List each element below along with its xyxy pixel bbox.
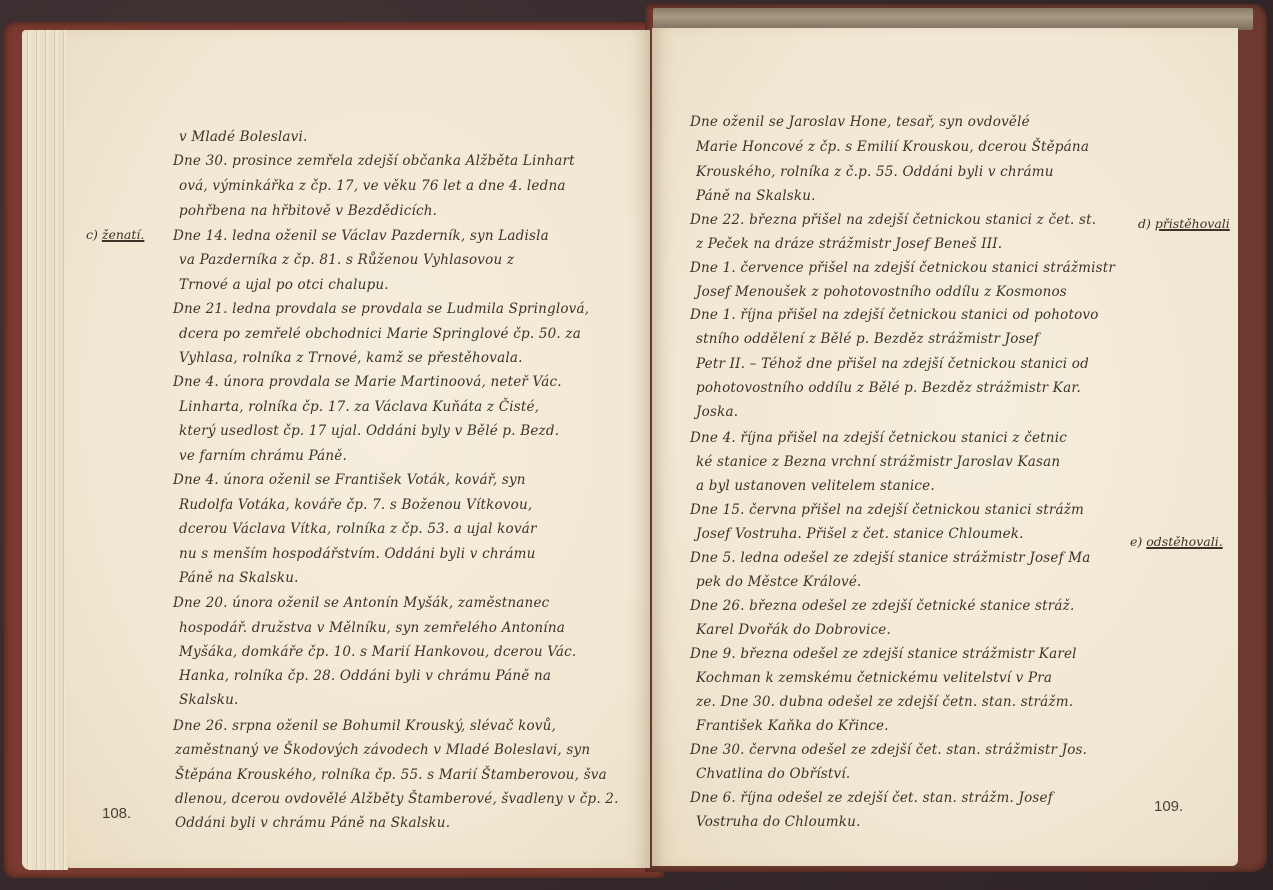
- text-line: Dne 21. ledna provdala se provdala se Lu…: [173, 301, 589, 317]
- text-line: stního oddělení z Bělé p. Bezděz strážmi…: [696, 331, 1039, 347]
- text-line: Dne 6. října odešel ze zdejší čet. stan.…: [690, 790, 1053, 806]
- text-line: ké stanice z Bezna vrchní strážmistr Jar…: [696, 454, 1060, 470]
- text-line: Krouského, rolníka z č.p. 55. Oddáni byl…: [696, 164, 1054, 180]
- text-line: Dne 4. října přišel na zdejší četnickou …: [690, 430, 1067, 446]
- text-line: dlenou, dcerou ovdovělé Alžběty Štambero…: [175, 791, 619, 807]
- text-line: Dne 14. ledna oženil se Václav Pazderník…: [173, 228, 549, 244]
- text-line: nu s menším hospodářstvím. Oddáni byli v…: [179, 546, 536, 562]
- text-line: Dne 4. února provdala se Marie Martinoov…: [173, 374, 562, 390]
- page-number: 109.: [1154, 798, 1183, 815]
- margin-note-label: přistěhovali: [1155, 216, 1230, 231]
- text-line: Dne 5. ledna odešel ze zdejší stanice st…: [690, 550, 1091, 566]
- text-line: Linharta, rolníka čp. 17. za Václava Kuň…: [179, 399, 539, 415]
- text-line: Dne 26. srpna oženil se Bohumil Krouský,…: [173, 718, 556, 734]
- text-line: a byl ustanoven velitelem stanice.: [696, 478, 935, 494]
- margin-note-married: c) ženatí.: [86, 227, 144, 242]
- page-number: 108.: [102, 805, 131, 822]
- margin-note-moved-out: e) odstěhovali.: [1130, 534, 1223, 549]
- margin-note-label: odstěhovali.: [1146, 534, 1222, 549]
- left-page: c) ženatí. v Mladé Boleslavi. Dne 30. pr…: [66, 30, 650, 868]
- text-line: František Kaňka do Křince.: [696, 718, 889, 734]
- text-line: Dne 4. února oženil se František Voták, …: [173, 472, 526, 488]
- text-line: Štěpána Krouského, rolníka čp. 55. s Mar…: [175, 767, 607, 783]
- margin-note-moved-in: d) přistěhovali: [1138, 216, 1230, 231]
- text-line: Dne 9. března odešel ze zdejší stanice s…: [690, 646, 1077, 662]
- text-line: Páně na Skalsku.: [696, 188, 816, 204]
- right-page: d) přistěhovali e) odstěhovali. Dne ožen…: [652, 28, 1238, 866]
- text-line: Josef Menoušek z pohotovostního oddílu z…: [696, 284, 1067, 300]
- text-line: hospodář. družstva v Mělníku, syn zemřel…: [179, 620, 565, 636]
- text-line: Oddáni byli v chrámu Páně na Skalsku.: [175, 815, 450, 831]
- text-line: Karel Dvořák do Dobrovice.: [696, 622, 891, 638]
- text-line: Hanka, rolníka čp. 28. Oddáni byli v chr…: [179, 668, 551, 684]
- page-block-top-edge: [653, 8, 1253, 30]
- text-line: Josef Vostruha. Přišel z čet. stanice Ch…: [696, 526, 1024, 542]
- text-line: ová, výminkářka z čp. 17, ve věku 76 let…: [179, 178, 566, 194]
- text-line: pek do Městce Králové.: [696, 574, 862, 590]
- text-line: Páně na Skalsku.: [179, 570, 299, 586]
- text-line: Dne 30. června odešel ze zdejší čet. sta…: [690, 742, 1087, 758]
- text-line: Dne 20. února oženil se Antonín Myšák, z…: [173, 595, 549, 611]
- text-line: ze. Dne 30. dubna odešel ze zdejší četn.…: [696, 694, 1073, 710]
- margin-note-label: ženatí.: [102, 227, 144, 242]
- text-line: Trnové a ujal po otci chalupu.: [179, 277, 389, 293]
- margin-note-prefix: d): [1138, 216, 1151, 231]
- text-line: Kochman k zemskému četnickému velitelstv…: [696, 670, 1052, 686]
- page-stack-edge: [22, 30, 68, 870]
- text-line: Rudolfa Votáka, kováře čp. 7. s Boženou …: [179, 497, 532, 513]
- text-line: ve farním chrámu Páně.: [179, 448, 347, 464]
- text-line: který usedlost čp. 17 ujal. Oddáni byly …: [179, 423, 559, 439]
- text-line: va Pazderníka z čp. 81. s Růženou Vyhlas…: [179, 252, 514, 268]
- margin-note-prefix: e): [1130, 534, 1142, 549]
- text-line: Dne 26. března odešel ze zdejší četnické…: [690, 598, 1074, 614]
- text-line: Chvatlina do Obříství.: [696, 766, 850, 782]
- text-line: Petr II. – Téhož dne přišel na zdejší če…: [696, 356, 1089, 372]
- text-line: z Peček na dráze strážmistr Josef Beneš …: [696, 236, 1002, 252]
- text-line: Myšáka, domkáře čp. 10. s Marií Hankovou…: [179, 644, 576, 660]
- text-line: Dne 30. prosince zemřela zdejší občanka …: [173, 153, 575, 169]
- text-line: Marie Honcové z čp. s Emilií Krouskou, d…: [696, 139, 1089, 155]
- text-line: zaměstnaný ve Škodových závodech v Mladé…: [175, 742, 590, 758]
- text-line: Vostruha do Chloumku.: [696, 814, 861, 830]
- text-line: Dne oženil se Jaroslav Hone, tesař, syn …: [690, 114, 1030, 130]
- text-line: Dne 22. března přišel na zdejší četnicko…: [690, 212, 1096, 228]
- text-line: v Mladé Boleslavi.: [179, 129, 308, 145]
- text-line: pohřbena na hřbitově v Bezdědicích.: [179, 203, 437, 219]
- text-line: Joska.: [696, 404, 738, 420]
- text-line: dcerou Václava Vítka, rolníka z čp. 53. …: [179, 521, 537, 537]
- text-line: pohotovostního oddílu z Bělé p. Bezděz s…: [696, 380, 1081, 396]
- text-line: Skalsku.: [179, 692, 239, 708]
- text-line: Dne 15. června přišel na zdejší četnicko…: [690, 502, 1084, 518]
- margin-note-prefix: c): [86, 227, 98, 242]
- text-line: Vyhlasa, rolníka z Trnové, kamž se přest…: [179, 350, 523, 366]
- text-line: Dne 1. července přišel na zdejší četnick…: [690, 260, 1115, 276]
- text-line: Dne 1. října přišel na zdejší četnickou …: [690, 307, 1099, 323]
- text-line: dcera po zemřelé obchodnici Marie Spring…: [179, 326, 581, 342]
